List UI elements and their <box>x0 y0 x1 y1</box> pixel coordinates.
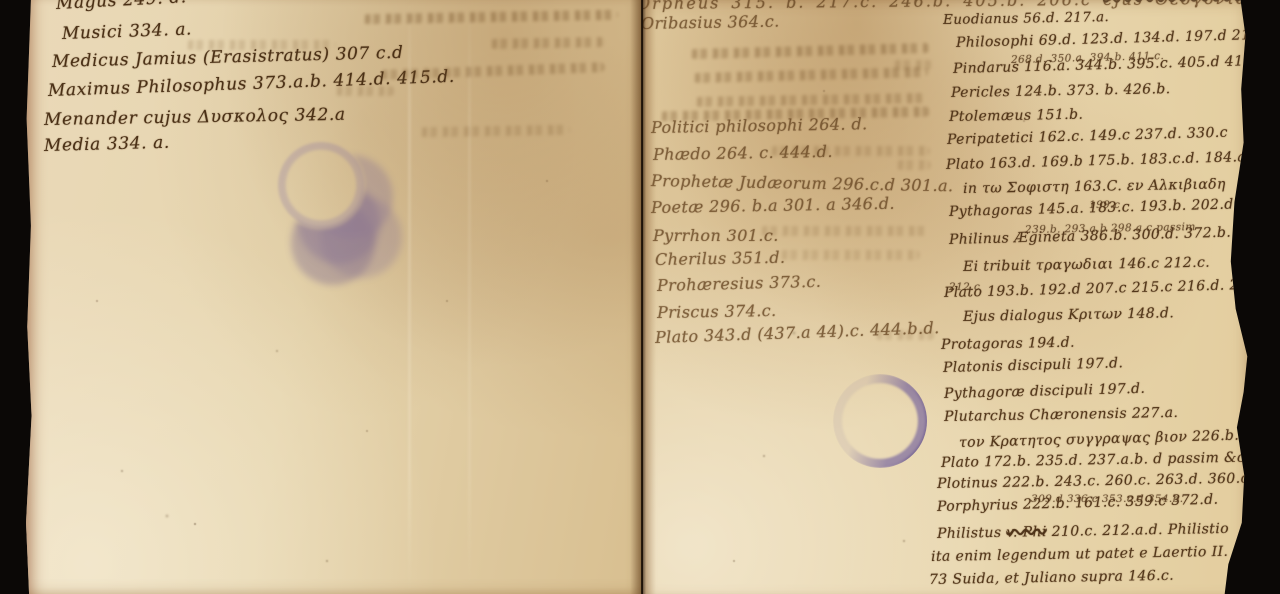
bleedthrough-mark <box>363 10 618 24</box>
manuscript-line: Priscus 374.c. <box>657 301 777 322</box>
bleedthrough-mark <box>693 67 928 83</box>
manuscript-line: Menander cujus Δυσκολος 342.a <box>44 105 346 130</box>
struck-out-text: v. Phi <box>1006 524 1047 541</box>
manuscript-line: Philosophi 69.d. 123.d. 134.d. 197.d 215… <box>956 27 1274 51</box>
manuscript-line: Plutarchus Chæronensis 227.a. <box>944 405 1179 425</box>
manuscript-line: Euodianus 56.d. 217.a. <box>943 9 1109 28</box>
bleedthrough-mark <box>380 62 605 80</box>
manuscript-line: Ptolemæus 151.b. <box>949 107 1084 125</box>
fox-spots <box>26 0 28 2</box>
bleedthrough-mark <box>780 250 920 260</box>
manuscript-line: Prophetæ Judæorum 296.c.d 301.a. <box>651 171 954 195</box>
manuscript-line: 73 Suida, et Juliano supra 146.c. <box>929 568 1174 588</box>
manuscript-line: Plato 163.d. 169.b 175.b. 183.c.d. 184.a… <box>946 148 1280 173</box>
bleedthrough-mark <box>893 60 933 70</box>
manuscript-scan: { "document": { "description_colors": { … <box>0 0 1280 594</box>
left-page: Magus 249. d. Musici 334. a. Medicus Jam… <box>26 0 641 594</box>
manuscript-line: Musici 334. a. <box>62 19 193 44</box>
fox-spots <box>643 0 645 2</box>
manuscript-line: Prohæresius 373.c. <box>657 272 822 295</box>
manuscript-line: Poetæ 296. b.a 301. a 346.d. <box>651 194 895 217</box>
manuscript-line: Oribasius 364.c. <box>641 12 780 33</box>
manuscript-line: Cherilus 351.d. <box>655 248 786 269</box>
manuscript-line: Pythagoras 145.a. 183.c. 193.b. 202.d. <box>949 196 1239 220</box>
struck-out-text: ejus Θεογονια <box>1103 0 1249 9</box>
manuscript-line: Plato 172.b. 235.d. 237.a.b. d passim &c… <box>941 450 1250 471</box>
manuscript-line: in τω Σοφιστη 163.C. εν Αλκιβιαδη <box>963 176 1226 197</box>
bleedthrough-mark <box>695 93 925 107</box>
bleedthrough-mark <box>896 160 931 170</box>
paper-crease <box>408 0 411 594</box>
manuscript-line: Pericles 124.b. 373. b. 426.b. <box>951 81 1171 101</box>
manuscript-line: ita enim legendum ut patet e Laertio II. <box>931 544 1229 565</box>
manuscript-line-text: 210.c. 212.a.d. Philistio <box>1047 521 1229 540</box>
bleedthrough-mark <box>186 40 336 50</box>
manuscript-line: Ejus dialogus Κριτων 148.d. <box>963 305 1174 325</box>
bleedthrough-mark <box>760 226 930 236</box>
manuscript-line: Protagoras 194.d. <box>941 335 1075 353</box>
bleedthrough-mark <box>875 330 935 340</box>
bleedthrough-mark <box>420 125 570 138</box>
right-page: Orpheus 315. b. 217.c. 246.b. 405.b. 206… <box>643 0 1254 594</box>
manuscript-line: Pindarus 116.a. 344.b. 395.c. 405.d 411. <box>953 53 1258 77</box>
paper-crease <box>468 0 471 594</box>
manuscript-line: Media 334. a. <box>44 133 170 156</box>
manuscript-line-text: Philistus <box>937 525 1007 542</box>
manuscript-line: Plotinus 222.b. 243.c. 260.c. 263.d. 360… <box>937 471 1249 492</box>
bleedthrough-mark <box>690 43 930 59</box>
manuscript-line: Philistus v. Phi 210.c. 212.a.d. Philist… <box>937 521 1229 542</box>
bleedthrough-mark <box>770 146 930 156</box>
library-stamp <box>833 374 927 468</box>
manuscript-line: Philinus Ægineta 386.b. 300.d. 372.b. <box>949 225 1231 248</box>
manuscript-line: Plato 193.b. 192.d 207.c 215.c 216.d. 21… <box>944 276 1276 301</box>
manuscript-line: Pythagoræ discipuli 197.d. <box>944 381 1146 402</box>
bleedthrough-mark <box>490 37 605 49</box>
manuscript-line: Peripatetici 162.c. 149.c 237.d. 330.c <box>947 125 1228 148</box>
manuscript-line: Porphyrius 222.b. 161.c. 359.c 372.d. <box>937 492 1219 515</box>
manuscript-line: τον Κρατητος συγγραψας βιον 226.b. <box>959 428 1240 451</box>
manuscript-line: Platonis discipuli 197.d. <box>943 355 1124 376</box>
library-stamp <box>278 142 364 228</box>
bleedthrough-mark <box>335 86 395 96</box>
manuscript-line: Ei tribuit τραγωδιαι 146.c 212.c. <box>963 255 1210 275</box>
manuscript-line: Magus 249. d. <box>55 0 187 14</box>
